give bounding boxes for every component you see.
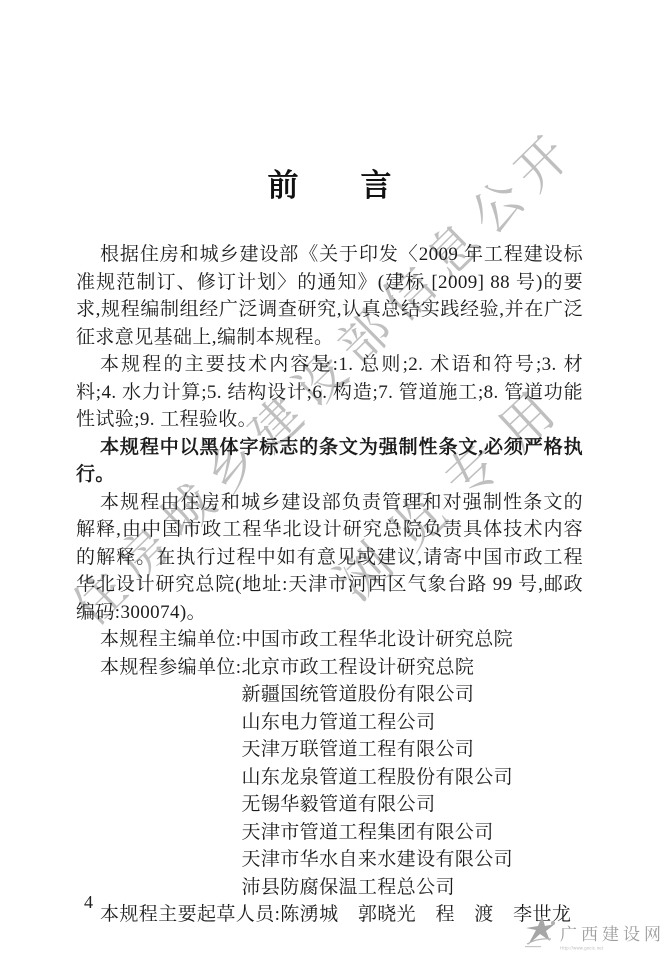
participant-unit: 山东电力管道工程公司 bbox=[241, 709, 513, 737]
document-page: 住房城乡建设部信息公开 浏览专用 前 言 根据住房和城乡建设部《关于印发〈200… bbox=[0, 0, 661, 958]
paragraph-mandatory-clauses: 本规程中以黑体字标志的条文为强制性条文,必须严格执行。 bbox=[76, 434, 583, 489]
page-title: 前 言 bbox=[76, 160, 583, 205]
logo-text-block: 广西建设网 Http://www.gxcic.net bbox=[560, 906, 661, 952]
chief-editor-unit: 中国市政工程华北设计研究总院 bbox=[241, 626, 513, 654]
page-number: 4 bbox=[84, 892, 93, 913]
participant-unit: 天津市管道工程集团有限公司 bbox=[241, 819, 513, 847]
participants-label: 本规程参编单位: bbox=[76, 654, 241, 902]
participant-unit: 北京市政工程设计研究总院 bbox=[241, 654, 513, 682]
participants-list: 北京市政工程设计研究总院 新疆国统管道股份有限公司 山东电力管道工程公司 天津万… bbox=[241, 654, 513, 902]
paragraph-basis: 根据住房和城乡建设部《关于印发〈2009 年工程建设标准规范制订、修订计划〉的通… bbox=[76, 241, 583, 351]
logo-text: 广西建设网 bbox=[560, 920, 661, 945]
logo-tagline: Http://www.gxcic.net bbox=[560, 946, 649, 951]
participant-unit: 天津市华水自来水建设有限公司 bbox=[241, 846, 513, 874]
participant-unit: 天津万联管道工程有限公司 bbox=[241, 736, 513, 764]
participant-unit: 沛县防腐保温工程总公司 bbox=[241, 874, 513, 902]
drafters-row: 本规程主要起草人员: 陈湧城 郭晓光 程 渡 李世龙 bbox=[76, 901, 583, 929]
page-content: 前 言 根据住房和城乡建设部《关于印发〈2009 年工程建设标准规范制订、修订计… bbox=[76, 150, 583, 929]
participants-row: 本规程参编单位: 北京市政工程设计研究总院 新疆国统管道股份有限公司 山东电力管… bbox=[76, 654, 583, 902]
chief-editor-row: 本规程主编单位: 中国市政工程华北设计研究总院 bbox=[76, 626, 583, 654]
participant-unit: 无锡华毅管道有限公司 bbox=[241, 791, 513, 819]
participant-unit: 新疆国统管道股份有限公司 bbox=[241, 681, 513, 709]
paragraph-management: 本规程由住房和城乡建设部负责管理和对强制性条文的解释,由中国市政工程华北设计研究… bbox=[76, 489, 583, 627]
site-logo: 广西建设网 Http://www.gxcic.net bbox=[522, 906, 658, 952]
participant-unit: 山东龙泉管道工程股份有限公司 bbox=[241, 764, 513, 792]
chief-editor-label: 本规程主编单位: bbox=[76, 626, 241, 654]
drafters-label: 本规程主要起草人员: bbox=[76, 901, 280, 929]
paragraph-contents: 本规程的主要技术内容是:1. 总则;2. 术语和符号;3. 材料;4. 水力计算… bbox=[76, 351, 583, 434]
star-icon bbox=[522, 914, 558, 948]
